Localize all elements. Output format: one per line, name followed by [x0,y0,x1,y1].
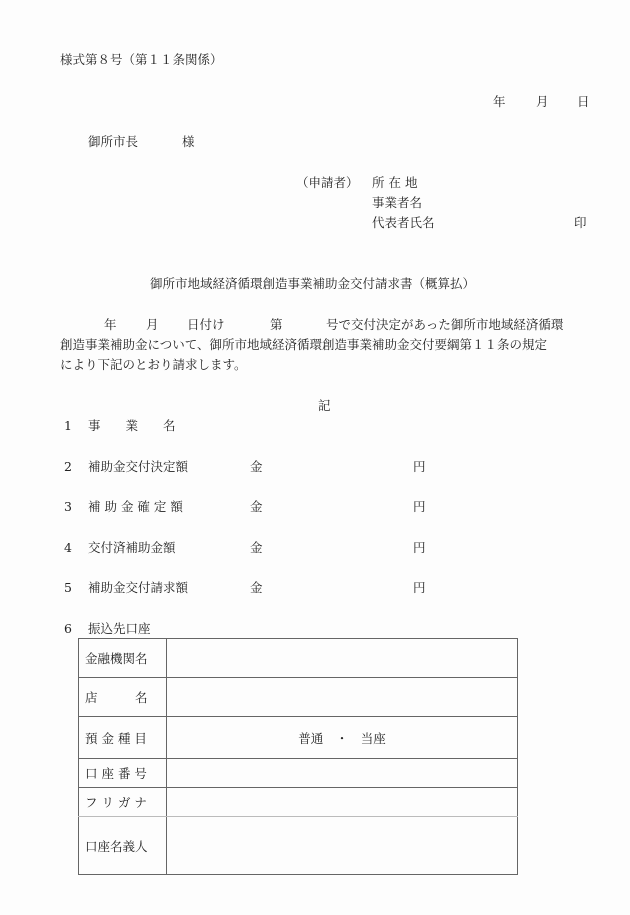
table-row: 口 座 番 号 [79,759,518,788]
item-5-label: 補助金交付請求額 [88,580,188,596]
account-holder-label: 口座名義人 [79,817,167,875]
branch-name-field[interactable] [167,678,518,717]
furigana-label: フ リ ガ ナ [79,788,167,817]
date-day: 日 [577,94,590,110]
addressee-name: 御所市長 [88,134,138,150]
item-3-prefix: 金 [250,499,263,515]
seal-mark: 印 [574,215,587,231]
bank-account-table: 金融機関名 店 名 預 金 種 目 普通 ・ 当座 口 座 番 号 フ リ ガ … [78,638,518,875]
item-3-label: 補 助 金 確 定 額 [88,499,183,515]
item-5-suffix: 円 [413,580,426,596]
item-3-suffix: 円 [413,499,426,515]
item-4-label: 交付済補助金額 [88,540,176,556]
item-2-label: 補助金交付決定額 [88,459,188,475]
item-1-num: 1 [64,418,72,434]
body-line2: 創造事業補助金について、御所市地域経済循環創造事業補助金交付要綱第１１条の規定 [60,337,547,353]
date-year: 年 [493,94,506,110]
item-2-prefix: 金 [250,459,263,475]
account-holder-field[interactable] [167,817,518,875]
body-line1-rest: 号で交付決定があった御所市地域経済循環 [326,317,563,333]
table-row: 預 金 種 目 普通 ・ 当座 [79,717,518,759]
item-2-suffix: 円 [413,459,426,475]
applicant-representative-label: 代表者氏名 [372,215,435,231]
furigana-field[interactable] [167,788,518,817]
branch-name-label: 店 名 [79,678,167,717]
body-month: 月 [146,317,159,333]
table-row: 金融機関名 [79,639,518,678]
document-title: 御所市地域経済循環創造事業補助金交付請求書（概算払） [150,276,475,292]
item-4-prefix: 金 [250,540,263,556]
item-6-label: 振込先口座 [88,621,151,637]
item-4-num: 4 [64,540,72,556]
bank-name-label: 金融機関名 [79,639,167,678]
body-line3: により下記のとおり請求します。 [60,357,247,373]
account-number-label: 口 座 番 号 [79,759,167,788]
table-row: 店 名 [79,678,518,717]
body-year: 年 [104,317,117,333]
item-6-num: 6 [64,621,72,637]
item-2-num: 2 [64,459,72,475]
item-4-suffix: 円 [413,540,426,556]
account-number-field[interactable] [167,759,518,788]
body-date-suffix: 日付け [187,317,225,333]
ki-heading: 記 [318,398,331,414]
table-row: 口座名義人 [79,817,518,875]
applicant-label: （申請者） [296,175,359,191]
item-3-num: 3 [64,499,72,515]
item-5-prefix: 金 [250,580,263,596]
bank-name-field[interactable] [167,639,518,678]
item-1-label: 事 業 名 [88,418,176,434]
item-5-num: 5 [64,580,72,596]
table-row: フ リ ガ ナ [79,788,518,817]
applicant-address-label: 所 在 地 [372,175,417,191]
body-number-prefix: 第 [270,317,283,333]
addressee-honorific: 様 [182,134,195,150]
form-header: 様式第８号（第１１条関係） [60,52,223,68]
deposit-type-options[interactable]: 普通 ・ 当座 [167,717,518,759]
deposit-type-label: 預 金 種 目 [79,717,167,759]
applicant-business-label: 事業者名 [372,195,422,211]
date-month: 月 [536,94,549,110]
